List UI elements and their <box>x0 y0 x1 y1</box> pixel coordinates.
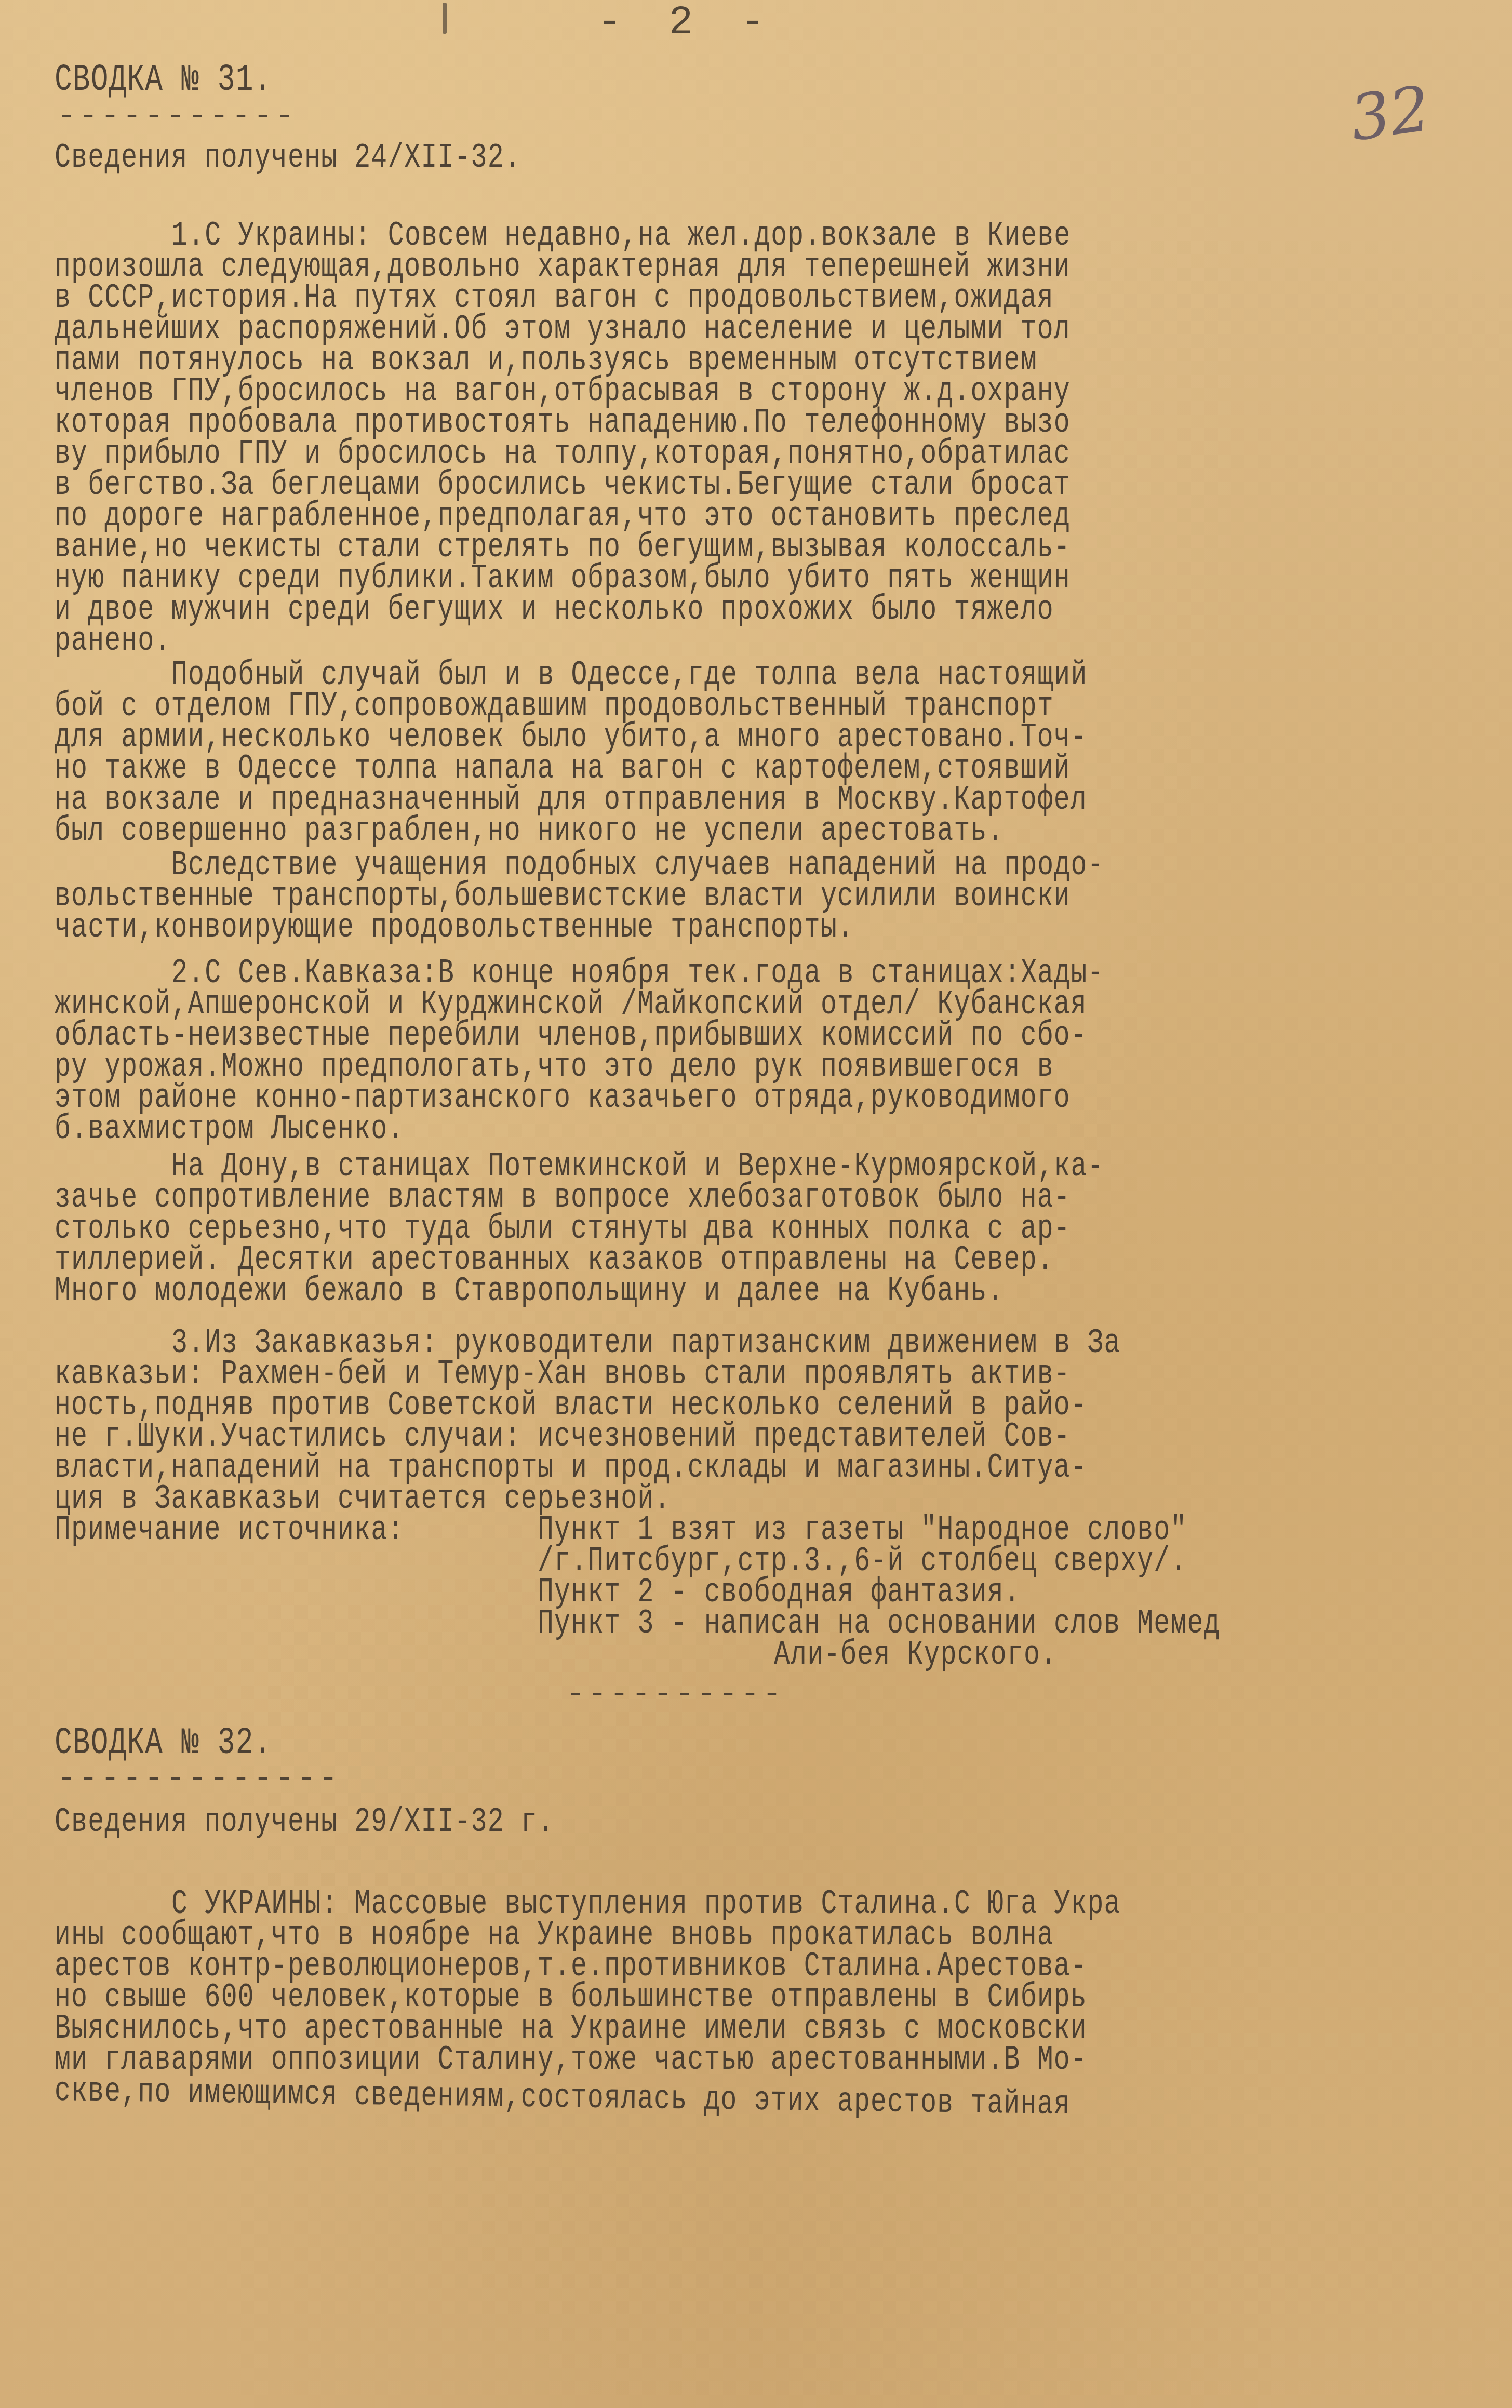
report-32-line: скве,по имеющимся сведениям,состоялась д… <box>55 2072 1071 2123</box>
document-page: - 2 - 32 СВОДКА № 31. ----------- Сведен… <box>0 0 1512 2408</box>
page-number: - 2 - <box>597 0 776 46</box>
report-32-title: СВОДКА № 32. <box>55 1724 272 1762</box>
handwritten-folio-number: 32 <box>1346 73 1435 155</box>
report-31-line: Много молодежи бежало в Ставропольщину и… <box>55 1273 1004 1310</box>
source-note-item: Али-бея Курского. <box>774 1636 1057 1674</box>
ink-mark <box>443 3 447 34</box>
report-31-line: был совершенно разграблен,но никого не у… <box>55 812 1004 850</box>
report-32-received-date: Сведения получены 29/XII-32 г. <box>55 1803 554 1841</box>
report-32-title-rule: ------------- <box>57 1761 341 1796</box>
section-divider: ---------- <box>566 1677 784 1712</box>
report-31-line: ранено. <box>55 622 171 660</box>
report-31-received-date: Сведения получены 24/XII-32. <box>55 139 521 177</box>
report-31-title: СВОДКА № 31. <box>55 61 272 99</box>
report-31-line: и двое мужчин среди бегущих и несколько … <box>55 591 1054 628</box>
source-note-label: Примечание источника: <box>55 1511 404 1549</box>
report-31-line: части,конвоирующие продовольственные тра… <box>55 909 854 946</box>
report-31-line: б.вахмистром Лысенко. <box>55 1111 404 1148</box>
report-31-title-rule: ----------- <box>57 99 297 134</box>
